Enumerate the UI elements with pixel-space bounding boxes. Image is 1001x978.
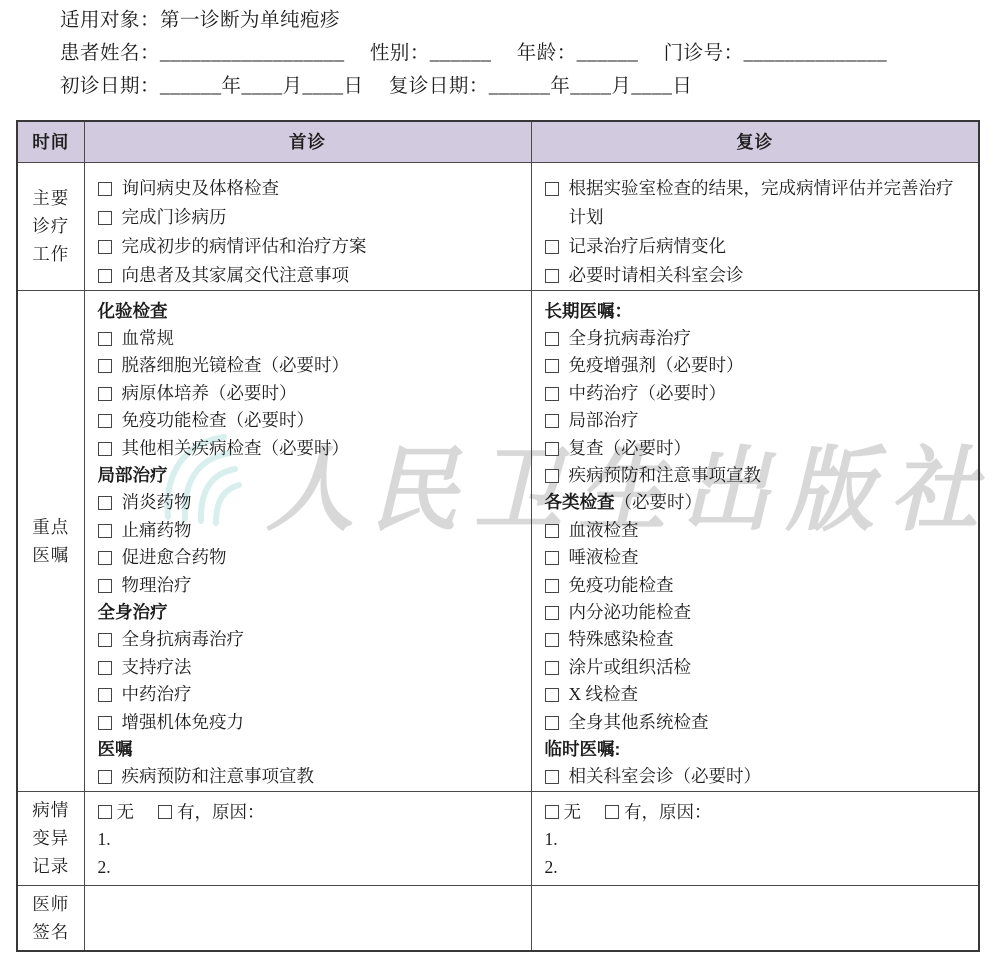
checklist-item-label: 疾病预防和注意事项宣教 (569, 462, 969, 489)
checklist-item: 复查（必要时） (545, 435, 969, 462)
cell-main-work-first-visit: 询问病史及体格检查完成门诊病历完成初步的病情评估和治疗方案向患者及其家属交代注意… (84, 162, 531, 290)
checklist-item-label: 血液检查 (569, 517, 969, 544)
checklist-item-label: 增强机体免疫力 (122, 709, 521, 736)
checkbox[interactable] (545, 387, 559, 401)
checklist-item-label: 免疫增强剂（必要时） (569, 352, 969, 379)
checklist-item: 局部治疗 (545, 407, 969, 434)
checklist-item-label: 向患者及其家属交代注意事项 (122, 261, 521, 290)
checklist-item-label: 相关科室会诊（必要时） (569, 763, 969, 790)
checkbox[interactable] (545, 551, 559, 565)
checkbox[interactable] (98, 332, 112, 346)
checkbox[interactable] (545, 688, 559, 702)
checklist-item: 询问病史及体格检查 (98, 174, 521, 203)
checklist-item-label: 内分泌功能检查 (569, 599, 969, 626)
checklist-item: 唾液检查 (545, 544, 969, 571)
checklist-item-label: 全身抗病毒治疗 (569, 325, 969, 352)
checkbox[interactable] (545, 414, 559, 428)
checkbox[interactable] (545, 524, 559, 538)
cell-variation-first-visit: 无有，原因：1.2. (84, 791, 531, 885)
checklist-item-label: 止痛药物 (122, 517, 521, 544)
checklist-item: 其他相关疾病检查（必要时） (98, 435, 521, 462)
checkbox[interactable] (98, 414, 112, 428)
checklist-item-label: 涂片或组织活检 (569, 654, 969, 681)
checklist-item: 免疫增强剂（必要时） (545, 352, 969, 379)
checklist-item-label: 免疫功能检查 (569, 572, 969, 599)
checklist-item: 消炎药物 (98, 489, 521, 516)
checkbox[interactable] (98, 182, 112, 196)
checklist-item-label: 物理治疗 (122, 572, 521, 599)
checkbox[interactable] (98, 633, 112, 647)
checklist-item: 全身抗病毒治疗 (545, 325, 969, 352)
row-label-key-orders: 重点 医嘱 (17, 290, 84, 791)
checklist-item-label: 脱落细胞光镜检查（必要时） (122, 352, 521, 379)
checklist-item-label: 疾病预防和注意事项宣教 (122, 763, 521, 790)
section-heading: 临时医嘱: (545, 736, 969, 763)
form-header: 适用对象：第一诊断为单纯疱疹 患者姓名：__________________ 性… (60, 4, 887, 103)
checklist-item: 血液检查 (545, 517, 969, 544)
form-line-visit-dates: 初诊日期：______年____月____日 复诊日期：______年____月… (60, 70, 887, 103)
table-header-row: 时间 首诊 复诊 (17, 121, 979, 162)
checkbox[interactable] (545, 661, 559, 675)
checklist-item: 血常规 (98, 325, 521, 352)
checklist-item-label: 中药治疗（必要时） (569, 380, 969, 407)
checklist-item-label: 根据实验室检查的结果，完成病情评估并完善治疗计划 (569, 174, 969, 232)
checkbox[interactable] (545, 805, 559, 819)
cell-key-orders-first-visit: 化验检查血常规脱落细胞光镜检查（必要时）病原体培养（必要时）免疫功能检查（必要时… (84, 290, 531, 791)
section-heading: 各类检查（必要时） (545, 489, 969, 516)
checkbox[interactable] (98, 211, 112, 225)
checklist-item-label: 特殊感染检查 (569, 626, 969, 653)
checkbox[interactable] (545, 442, 559, 456)
cell-key-orders-revisit: 长期医嘱：全身抗病毒治疗免疫增强剂（必要时）中药治疗（必要时）局部治疗复查（必要… (531, 290, 979, 791)
checklist-item: 向患者及其家属交代注意事项 (98, 261, 521, 290)
section-heading: 局部治疗 (98, 462, 521, 489)
checkbox[interactable] (545, 332, 559, 346)
option-label: 无 (564, 802, 582, 822)
section-heading-text: 化验检查 (98, 301, 168, 321)
checkbox[interactable] (98, 805, 112, 819)
checklist-item-label: 记录治疗后病情变化 (569, 232, 969, 261)
checklist-item-label: 全身抗病毒治疗 (122, 626, 521, 653)
section-heading-text: 各类检查 (545, 492, 615, 512)
checkbox[interactable] (98, 442, 112, 456)
text-line: 2. (545, 854, 969, 881)
checkbox[interactable] (98, 551, 112, 565)
checkbox[interactable] (98, 661, 112, 675)
form-line-audience: 适用对象：第一诊断为单纯疱疹 (60, 4, 887, 37)
checkbox[interactable] (545, 182, 559, 196)
checklist-item-label: 必要时请相关科室会诊 (569, 261, 969, 290)
checklist-item-label: 完成初步的病情评估和治疗方案 (122, 232, 521, 261)
checklist-item-label: 免疫功能检查（必要时） (122, 407, 521, 434)
checklist-item: X 线检查 (545, 681, 969, 708)
checkbox[interactable] (545, 269, 559, 283)
checklist-item-label: 局部治疗 (569, 407, 969, 434)
checklist-item-label: 复查（必要时） (569, 435, 969, 462)
checkbox[interactable] (98, 716, 112, 730)
checkbox[interactable] (545, 240, 559, 254)
section-heading-text: 医嘱 (98, 739, 133, 759)
variation-options-line: 无有，原因： (98, 799, 521, 826)
checklist-item: 必要时请相关科室会诊 (545, 261, 969, 290)
checklist-item: 完成门诊病历 (98, 203, 521, 232)
checklist-item: 止痛药物 (98, 517, 521, 544)
checklist-item-label: X 线检查 (569, 681, 969, 708)
checklist-item: 中药治疗 (98, 681, 521, 708)
checkbox[interactable] (545, 606, 559, 620)
checklist-item: 记录治疗后病情变化 (545, 232, 969, 261)
checklist-item-label: 全身其他系统检查 (569, 709, 969, 736)
cell-signature-revisit[interactable] (531, 885, 979, 951)
row-label-variation-record: 病情 变异 记录 (17, 791, 84, 885)
checklist-item: 内分泌功能检查 (545, 599, 969, 626)
col-header-first-visit: 首诊 (84, 121, 531, 162)
cell-signature-first-visit[interactable] (84, 885, 531, 951)
checklist-item: 完成初步的病情评估和治疗方案 (98, 232, 521, 261)
checklist-item: 根据实验室检查的结果，完成病情评估并完善治疗计划 (545, 174, 969, 232)
col-header-revisit: 复诊 (531, 121, 979, 162)
variation-options-line: 无有，原因： (545, 799, 969, 826)
checkbox[interactable] (545, 579, 559, 593)
checklist-item-label: 完成门诊病历 (122, 203, 521, 232)
col-header-time: 时间 (17, 121, 84, 162)
checkbox[interactable] (605, 805, 619, 819)
checklist-item-label: 其他相关疾病检查（必要时） (122, 435, 521, 462)
checkbox[interactable] (98, 524, 112, 538)
section-heading: 医嘱 (98, 736, 521, 763)
option-label: 有，原因： (177, 802, 265, 822)
checklist-item-label: 支持疗法 (122, 654, 521, 681)
checkbox[interactable] (545, 633, 559, 647)
section-heading: 全身治疗 (98, 599, 521, 626)
form-line-patient-info: 患者姓名：__________________ 性别：______ 年龄：___… (60, 37, 887, 70)
row-label-physician-signature: 医师 签名 (17, 885, 84, 951)
section-heading-text: 长期医嘱： (545, 301, 633, 321)
text-line: 1. (98, 826, 521, 853)
checklist-item: 相关科室会诊（必要时） (545, 763, 969, 790)
checkbox[interactable] (98, 240, 112, 254)
section-heading: 长期医嘱： (545, 298, 969, 325)
checkbox[interactable] (98, 579, 112, 593)
checklist-item: 全身其他系统检查 (545, 709, 969, 736)
checklist-item: 免疫功能检查 (545, 572, 969, 599)
checklist-item-label: 促进愈合药物 (122, 544, 521, 571)
checklist-item: 病原体培养（必要时） (98, 380, 521, 407)
checkbox[interactable] (158, 805, 172, 819)
checkbox[interactable] (98, 688, 112, 702)
row-main-diagnostic-work: 主要 诊疗 工作 询问病史及体格检查完成门诊病历完成初步的病情评估和治疗方案向患… (17, 162, 979, 290)
checkbox[interactable] (545, 359, 559, 373)
checklist-item-label: 中药治疗 (122, 681, 521, 708)
section-heading: 化验检查 (98, 298, 521, 325)
checklist-item-label: 病原体培养（必要时） (122, 380, 521, 407)
row-physician-signature: 医师 签名 (17, 885, 979, 951)
section-heading-text: 临时医嘱: (545, 739, 621, 759)
cell-variation-revisit: 无有，原因：1.2. (531, 791, 979, 885)
checklist-item: 增强机体免疫力 (98, 709, 521, 736)
clinical-pathway-table: 时间 首诊 复诊 主要 诊疗 工作 询问病史及体格检查完成门诊病历完成初步的病情… (16, 120, 980, 952)
checklist-item: 特殊感染检查 (545, 626, 969, 653)
checklist-item-label: 消炎药物 (122, 489, 521, 516)
checklist-item: 支持疗法 (98, 654, 521, 681)
section-heading-text: 全身治疗 (98, 602, 168, 622)
checkbox[interactable] (98, 496, 112, 510)
checkbox[interactable] (98, 387, 112, 401)
option-label: 有，原因： (624, 802, 712, 822)
checklist-item: 物理治疗 (98, 572, 521, 599)
text-line: 1. (545, 826, 969, 853)
checklist-item: 全身抗病毒治疗 (98, 626, 521, 653)
row-key-orders: 重点 医嘱 化验检查血常规脱落细胞光镜检查（必要时）病原体培养（必要时）免疫功能… (17, 290, 979, 791)
checkbox[interactable] (98, 770, 112, 784)
section-heading-text: 局部治疗 (98, 465, 168, 485)
cell-main-work-revisit: 根据实验室检查的结果，完成病情评估并完善治疗计划记录治疗后病情变化必要时请相关科… (531, 162, 979, 290)
option-label: 无 (117, 802, 135, 822)
checklist-item-label: 询问病史及体格检查 (122, 174, 521, 203)
checklist-item: 疾病预防和注意事项宣教 (545, 462, 969, 489)
row-condition-variation-record: 病情 变异 记录 无有，原因：1.2. 无有，原因：1.2. (17, 791, 979, 885)
row-label-main-work: 主要 诊疗 工作 (17, 162, 84, 290)
checkbox[interactable] (98, 359, 112, 373)
checklist-item-label: 血常规 (122, 325, 521, 352)
checklist-item: 免疫功能检查（必要时） (98, 407, 521, 434)
checklist-item: 中药治疗（必要时） (545, 380, 969, 407)
text-line: 2. (98, 854, 521, 881)
section-heading-suffix: （必要时） (615, 492, 703, 512)
checkbox[interactable] (98, 269, 112, 283)
checklist-item: 涂片或组织活检 (545, 654, 969, 681)
checkbox[interactable] (545, 469, 559, 483)
checklist-item: 促进愈合药物 (98, 544, 521, 571)
checklist-item: 疾病预防和注意事项宣教 (98, 763, 521, 790)
checkbox[interactable] (545, 716, 559, 730)
checklist-item-label: 唾液检查 (569, 544, 969, 571)
checklist-item: 脱落细胞光镜检查（必要时） (98, 352, 521, 379)
checkbox[interactable] (545, 770, 559, 784)
